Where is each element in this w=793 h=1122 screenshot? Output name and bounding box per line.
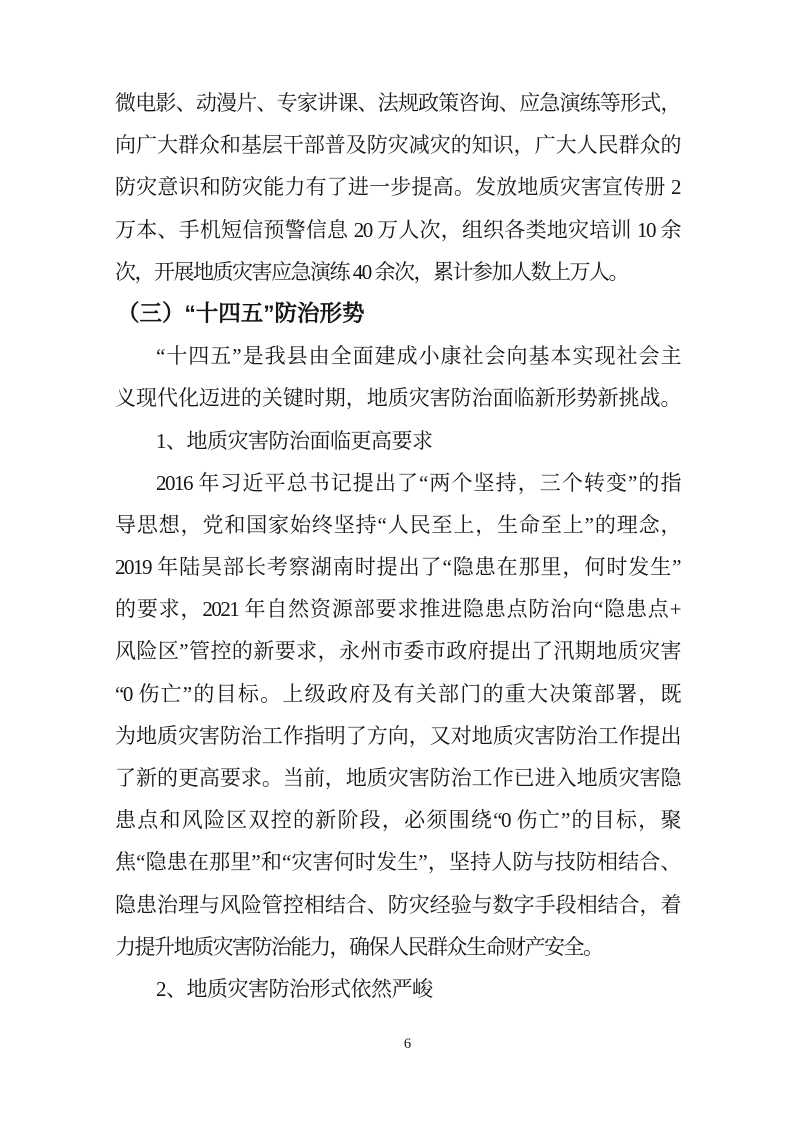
paragraph-line: “十四五”是我县由全面建成小康社会向基本实现社会主	[115, 335, 680, 377]
paragraph-line: 隐患治理与风险管控相结合、防灾经验与数字手段相结合，着	[115, 884, 680, 926]
paragraph-line: 向广大群众和基层干部普及防灾减灾的知识，广大人民群众的	[115, 124, 680, 166]
section-heading: （三）“十四五”防治形势	[115, 293, 680, 335]
paragraph-line: 2019 年陆昊部长考察湖南时提出了“隐患在那里，何时发生”	[115, 546, 680, 588]
paragraph-line: 为地质灾害防治工作指明了方向，又对地质灾害防治工作提出	[115, 715, 680, 757]
paragraph-line: 导思想，党和国家始终坚持“人民至上，生命至上”的理念，	[115, 504, 680, 546]
paragraph-line: 次，开展地质灾害应急演练 40 余次，累计参加人数上万人。	[115, 251, 680, 293]
paragraph-line: 的要求，2021 年自然资源部要求推进隐患点防治向“隐患点+	[115, 588, 680, 630]
paragraph-line: 焦“隐患在那里”和“灾害何时发生”，坚持人防与技防相结合、	[115, 841, 680, 883]
numbered-subheading: 1、地质灾害防治面临更高要求	[115, 420, 680, 462]
document-page: 微电影、动漫片、专家讲课、法规政策咨询、应急演练等形式，向广大群众和基层干部普及…	[0, 0, 793, 1122]
paragraph-line: 微电影、动漫片、专家讲课、法规政策咨询、应急演练等形式，	[115, 82, 680, 124]
paragraph-line: 了新的更高要求。当前，地质灾害防治工作已进入地质灾害隐	[115, 757, 680, 799]
numbered-subheading: 2、地质灾害防治形式依然严峻	[115, 968, 680, 1010]
paragraph-line: 义现代化迈进的关键时期，地质灾害防治面临新形势新挑战。	[115, 377, 680, 419]
paragraph-line: 万本、手机短信预警信息 20 万人次，组织各类地灾培训 10 余	[115, 209, 680, 251]
paragraph-line: 风险区”管控的新要求，永州市委市政府提出了汛期地质灾害	[115, 630, 680, 672]
paragraph-line: 力提升地质灾害防治能力，确保人民群众生命财产安全。	[115, 926, 680, 968]
page-number: 6	[22, 1034, 793, 1054]
paragraph-line: 患点和风险区双控的新阶段，必须围绕“0 伤亡”的目标，聚	[115, 799, 680, 841]
paragraph-line: “0 伤亡”的目标。上级政府及有关部门的重大决策部署，既	[115, 673, 680, 715]
text-column: 微电影、动漫片、专家讲课、法规政策咨询、应急演练等形式，向广大群众和基层干部普及…	[115, 82, 680, 1010]
paragraph-line: 防灾意识和防灾能力有了进一步提高。发放地质灾害宣传册 2	[115, 166, 680, 208]
paragraph-line: 2016 年习近平总书记提出了“两个坚持，三个转变”的指	[115, 462, 680, 504]
